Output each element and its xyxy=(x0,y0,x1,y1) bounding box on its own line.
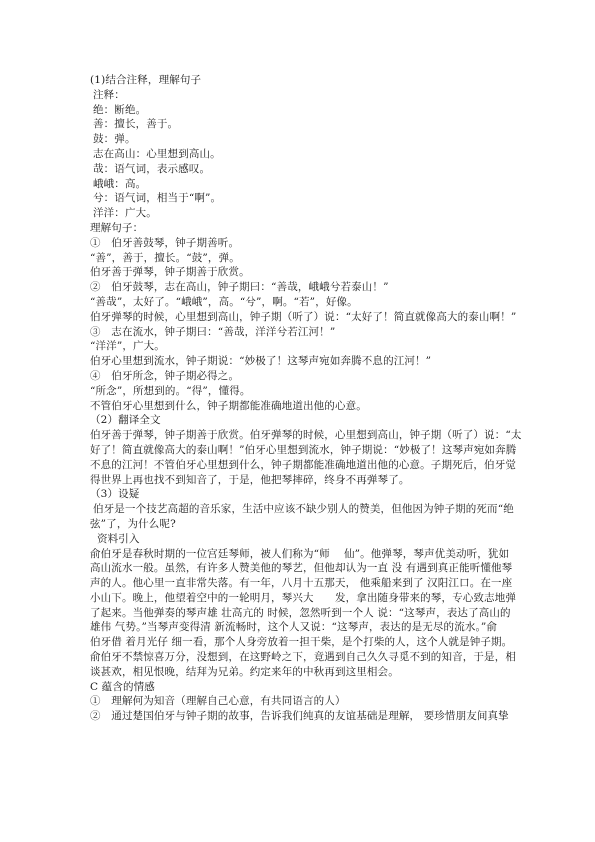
sentence-item: ① 伯牙善鼓琴，钟子期善听。 xyxy=(90,236,505,251)
reference-material-label: 资料引入 xyxy=(90,532,505,547)
emotion-item: ② 通过楚国伯牙与钟子期的故事，告诉我们纯真的友谊基础是理解， 要珍惜朋友间真挚 xyxy=(90,709,505,724)
notes-label: 注释： xyxy=(90,88,505,103)
translation-paragraph-line: 好了！简直就像高大的泰山啊！”伯牙心里想到流水，钟子期说：“妙极了！这琴声宛如奔… xyxy=(90,443,505,458)
sentence-explanation: “善”，善于，擅长。“鼓”，弹。 xyxy=(90,251,505,266)
sentence-translation: 伯牙弹琴的时候，心里想到高山，钟子期（听了）说：“太好了！简直就像高大的泰山啊！… xyxy=(90,310,505,325)
story-paragraph-line: 谈甚欢，相见恨晚，结拜为兄弟。约定来年的中秋再到这里相会。 xyxy=(90,665,505,680)
section-heading-emotion: C 蕴含的情感 xyxy=(90,680,505,695)
sentence-translation: 伯牙心里想到流水，钟子期说：“妙极了！这琴声宛如奔腾不息的江河！” xyxy=(90,354,505,369)
note-item: 兮：语气词，相当于“啊”。 xyxy=(90,191,505,206)
note-item: 绝：断绝。 xyxy=(90,103,505,118)
note-item: 鼓：弹。 xyxy=(90,132,505,147)
note-item: 洋洋：广大。 xyxy=(90,206,505,221)
question-paragraph-line: 弦”了，为什么呢? xyxy=(90,517,505,532)
story-paragraph-line: 小山下。晚上，他望着空中的一轮明月，琴兴大 发，拿出随身带来的琴，专心致志地弹 xyxy=(90,591,505,606)
emotion-item: ① 理解何为知音（理解自己心意，有共同语言的人） xyxy=(90,694,505,709)
note-item: 志在高山：心里想到高山。 xyxy=(90,147,505,162)
section-heading-question: （3）设疑 xyxy=(90,487,505,502)
understand-sentences-label: 理解句子： xyxy=(90,221,505,236)
sentence-explanation: “洋洋”，广大。 xyxy=(90,339,505,354)
sentence-item: ③ 志在流水，钟子期曰：“善哉，洋洋兮若江河！” xyxy=(90,325,505,340)
note-item: 哉：语气词，表示感叹。 xyxy=(90,162,505,177)
sentence-translation: 不管伯牙心里想到什么，钟子期都能准确地道出他的心意。 xyxy=(90,399,505,414)
question-paragraph-line: 伯牙是一个技艺高超的音乐家，生活中应该不缺少别人的赞美，但他因为钟子期的死而“绝 xyxy=(90,502,505,517)
story-paragraph-line: 俞伯牙是春秋时期的一位宫廷琴师，被人们称为“师 仙”。他弹琴，琴声优美动听，犹如 xyxy=(90,547,505,562)
story-paragraph-line: 伯牙借 着月光仔 细一看，那个人身旁放着一担干柴，是个打柴的人，这个人就是钟子期… xyxy=(90,635,505,650)
translation-paragraph-line: 得世界上再也找不到知音了，于是，他把琴摔碎，终身不再弹琴了。 xyxy=(90,473,505,488)
document-page: (1)结合注释，理解句子 注释： 绝：断绝。 善：擅长，善于。 鼓：弹。 志在高… xyxy=(90,73,505,724)
story-paragraph-line: 了起来。当他弹奏的琴声雄 壮高亢的 时候，忽然听到一个人 说：“这琴声，表达了高… xyxy=(90,606,505,621)
story-paragraph-line: 声的人。他心里一直非常失落。有一年，八月十五那天， 他乘船来到了 汉阳江口。在一… xyxy=(90,576,505,591)
sentence-item: ② 伯牙鼓琴，志在高山，钟子期曰：“善哉，峨峨兮若泰山！” xyxy=(90,280,505,295)
sentence-explanation: “善哉”，太好了。“峨峨”，高。“兮”，啊。“若”，好像。 xyxy=(90,295,505,310)
sentence-translation: 伯牙善于弹琴，钟子期善于欣赏。 xyxy=(90,265,505,280)
translation-paragraph-line: 伯牙善于弹琴，钟子期善于欣赏。伯牙弹琴的时候，心里想到高山，钟子期（听了）说：“… xyxy=(90,428,505,443)
sentence-item: ④ 伯牙所念，钟子期必得之。 xyxy=(90,369,505,384)
translation-paragraph-line: 不息的江河！不管伯牙心里想到什么，钟子期都能准确地道出他的心意。子期死后，伯牙觉 xyxy=(90,458,505,473)
section-heading-understand-sentences: (1)结合注释，理解句子 xyxy=(90,73,505,88)
story-paragraph-line: 雄伟 气势。”当琴声变得清 新流畅时，这个人又说：“这琴声，表达的是无尽的流水。… xyxy=(90,620,505,635)
note-item: 善：擅长，善于。 xyxy=(90,117,505,132)
section-heading-translate: （2）翻译全文 xyxy=(90,413,505,428)
sentence-explanation: “所念”，所想到的。“得”，懂得。 xyxy=(90,384,505,399)
story-paragraph-line: 高山流水一般。虽然，有许多人赞美他的琴艺，但他却认为一直 没 有遇到真正能听懂他… xyxy=(90,561,505,576)
note-item: 峨峨：高。 xyxy=(90,177,505,192)
story-paragraph-line: 俞伯牙不禁惊喜万分，没想到，在这野岭之下，竟遇到自己久久寻觅不到的知音，于是，相 xyxy=(90,650,505,665)
